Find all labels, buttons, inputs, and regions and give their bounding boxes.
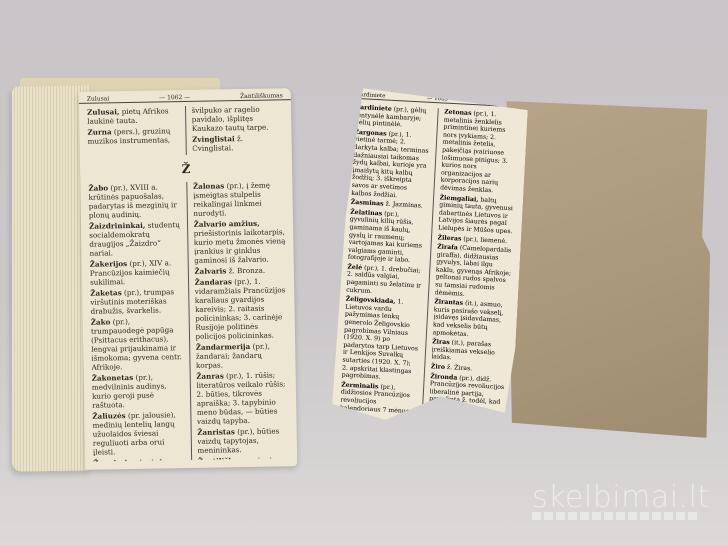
- old-dictionary-book: Zulusai — 1062 — Žantiliškumas Zulusai, …: [12, 78, 294, 473]
- entry-term: Želė: [347, 264, 362, 272]
- book-page-edges: [12, 85, 90, 471]
- entry-term: Žabo: [88, 183, 108, 192]
- entry-term: Žanras: [196, 371, 224, 380]
- page-number: — 1062 —: [159, 94, 190, 102]
- entry-def: ž. Bronza.: [229, 266, 266, 276]
- skelbimai-watermark: skelbimai.lt: [532, 480, 710, 515]
- top-left-column: Zulusai, pietų Afrikos laukinė tauta. Zu…: [87, 106, 179, 157]
- header-right: Žantiliškumas: [240, 92, 283, 100]
- torn-loose-page: Žardiniete — 1069 — Žirondis Žardiniete …: [331, 88, 528, 427]
- watermark-squares: [532, 512, 697, 520]
- entry-term: Žaunierius: [93, 458, 137, 462]
- entry-term: Žiro: [431, 363, 446, 371]
- entry-term: Žasminas: [351, 199, 384, 208]
- book-open-page: Zulusai — 1062 — Žantiliškumas Zulusai, …: [79, 88, 298, 470]
- entry-def: (pr.), liemenė.: [463, 235, 507, 244]
- cardboard-cover-piece: [504, 101, 712, 438]
- left-column: Žardiniete (pr.), gėlių lentynėlė kambar…: [340, 104, 431, 414]
- entry-term: Zurna: [87, 127, 111, 136]
- top-right-column: švilpuko ar ragelio pavidalo, išplitęs K…: [191, 104, 283, 155]
- entry-term: Žalvaris: [194, 266, 226, 276]
- right-column: Žetonas (pr.), 1. metalinis ženklelis pr…: [428, 109, 519, 419]
- left-column: Žabo (pr.), XVIII a. krūtinės papuošalas…: [88, 182, 184, 462]
- entry-term: Žiras: [432, 338, 450, 346]
- photo-scene: Zulusai — 1062 — Žantiliškumas Zulusai, …: [0, 0, 728, 546]
- entry-def: (pr.), 1. vietinė tarmė; 2. darkyta kalb…: [351, 130, 429, 198]
- column-divider: [186, 182, 192, 460]
- entry-def: (it.), asmuo, kuris pasirašo vekselį, įs…: [432, 300, 503, 338]
- header-left: Zulusai: [87, 95, 110, 102]
- entry-def: (pr.), 1. vidaramžiais Prancūzijos karal…: [195, 277, 286, 341]
- page-number: — 1069 —: [427, 96, 456, 103]
- column-divider: [184, 106, 186, 155]
- entry-term: Žantiliškumas: [198, 456, 255, 460]
- entry-def: (Camelopardalis giraffa), didžiausias gy…: [434, 245, 511, 298]
- entry-def: 1. Lietuvos vardu pažymimas lenkų genero…: [342, 299, 419, 381]
- entry-def: (pr.), 1. metalinis ženklelis primintine…: [440, 110, 508, 194]
- entry-term: Žako: [91, 317, 111, 326]
- section-letter: Ž: [88, 163, 284, 175]
- entry-def: švilpuko ar ragelio pavidalo, išplitęs K…: [191, 105, 268, 133]
- entry-def: ž. Jazminas.: [385, 201, 423, 210]
- header-left: Žardiniete: [356, 92, 385, 100]
- page-header: Zulusai — 1062 — Žantiliškumas: [79, 92, 291, 104]
- entry-def: ž. Žiras.: [447, 364, 473, 372]
- entry-def: priešistorinis laikotarpis, kurio metu ž…: [194, 227, 286, 265]
- right-column: Žalonas (pr.), į žemę įsmeigtas stulpeli…: [193, 180, 289, 460]
- entry-term: Žileras: [437, 234, 461, 242]
- entry-def: (pr.), gyvulinių kilių rūšis, gaminama i…: [348, 210, 422, 264]
- entry-def: (pr.), didž. Prancūzijos revoliucijos li…: [428, 374, 504, 418]
